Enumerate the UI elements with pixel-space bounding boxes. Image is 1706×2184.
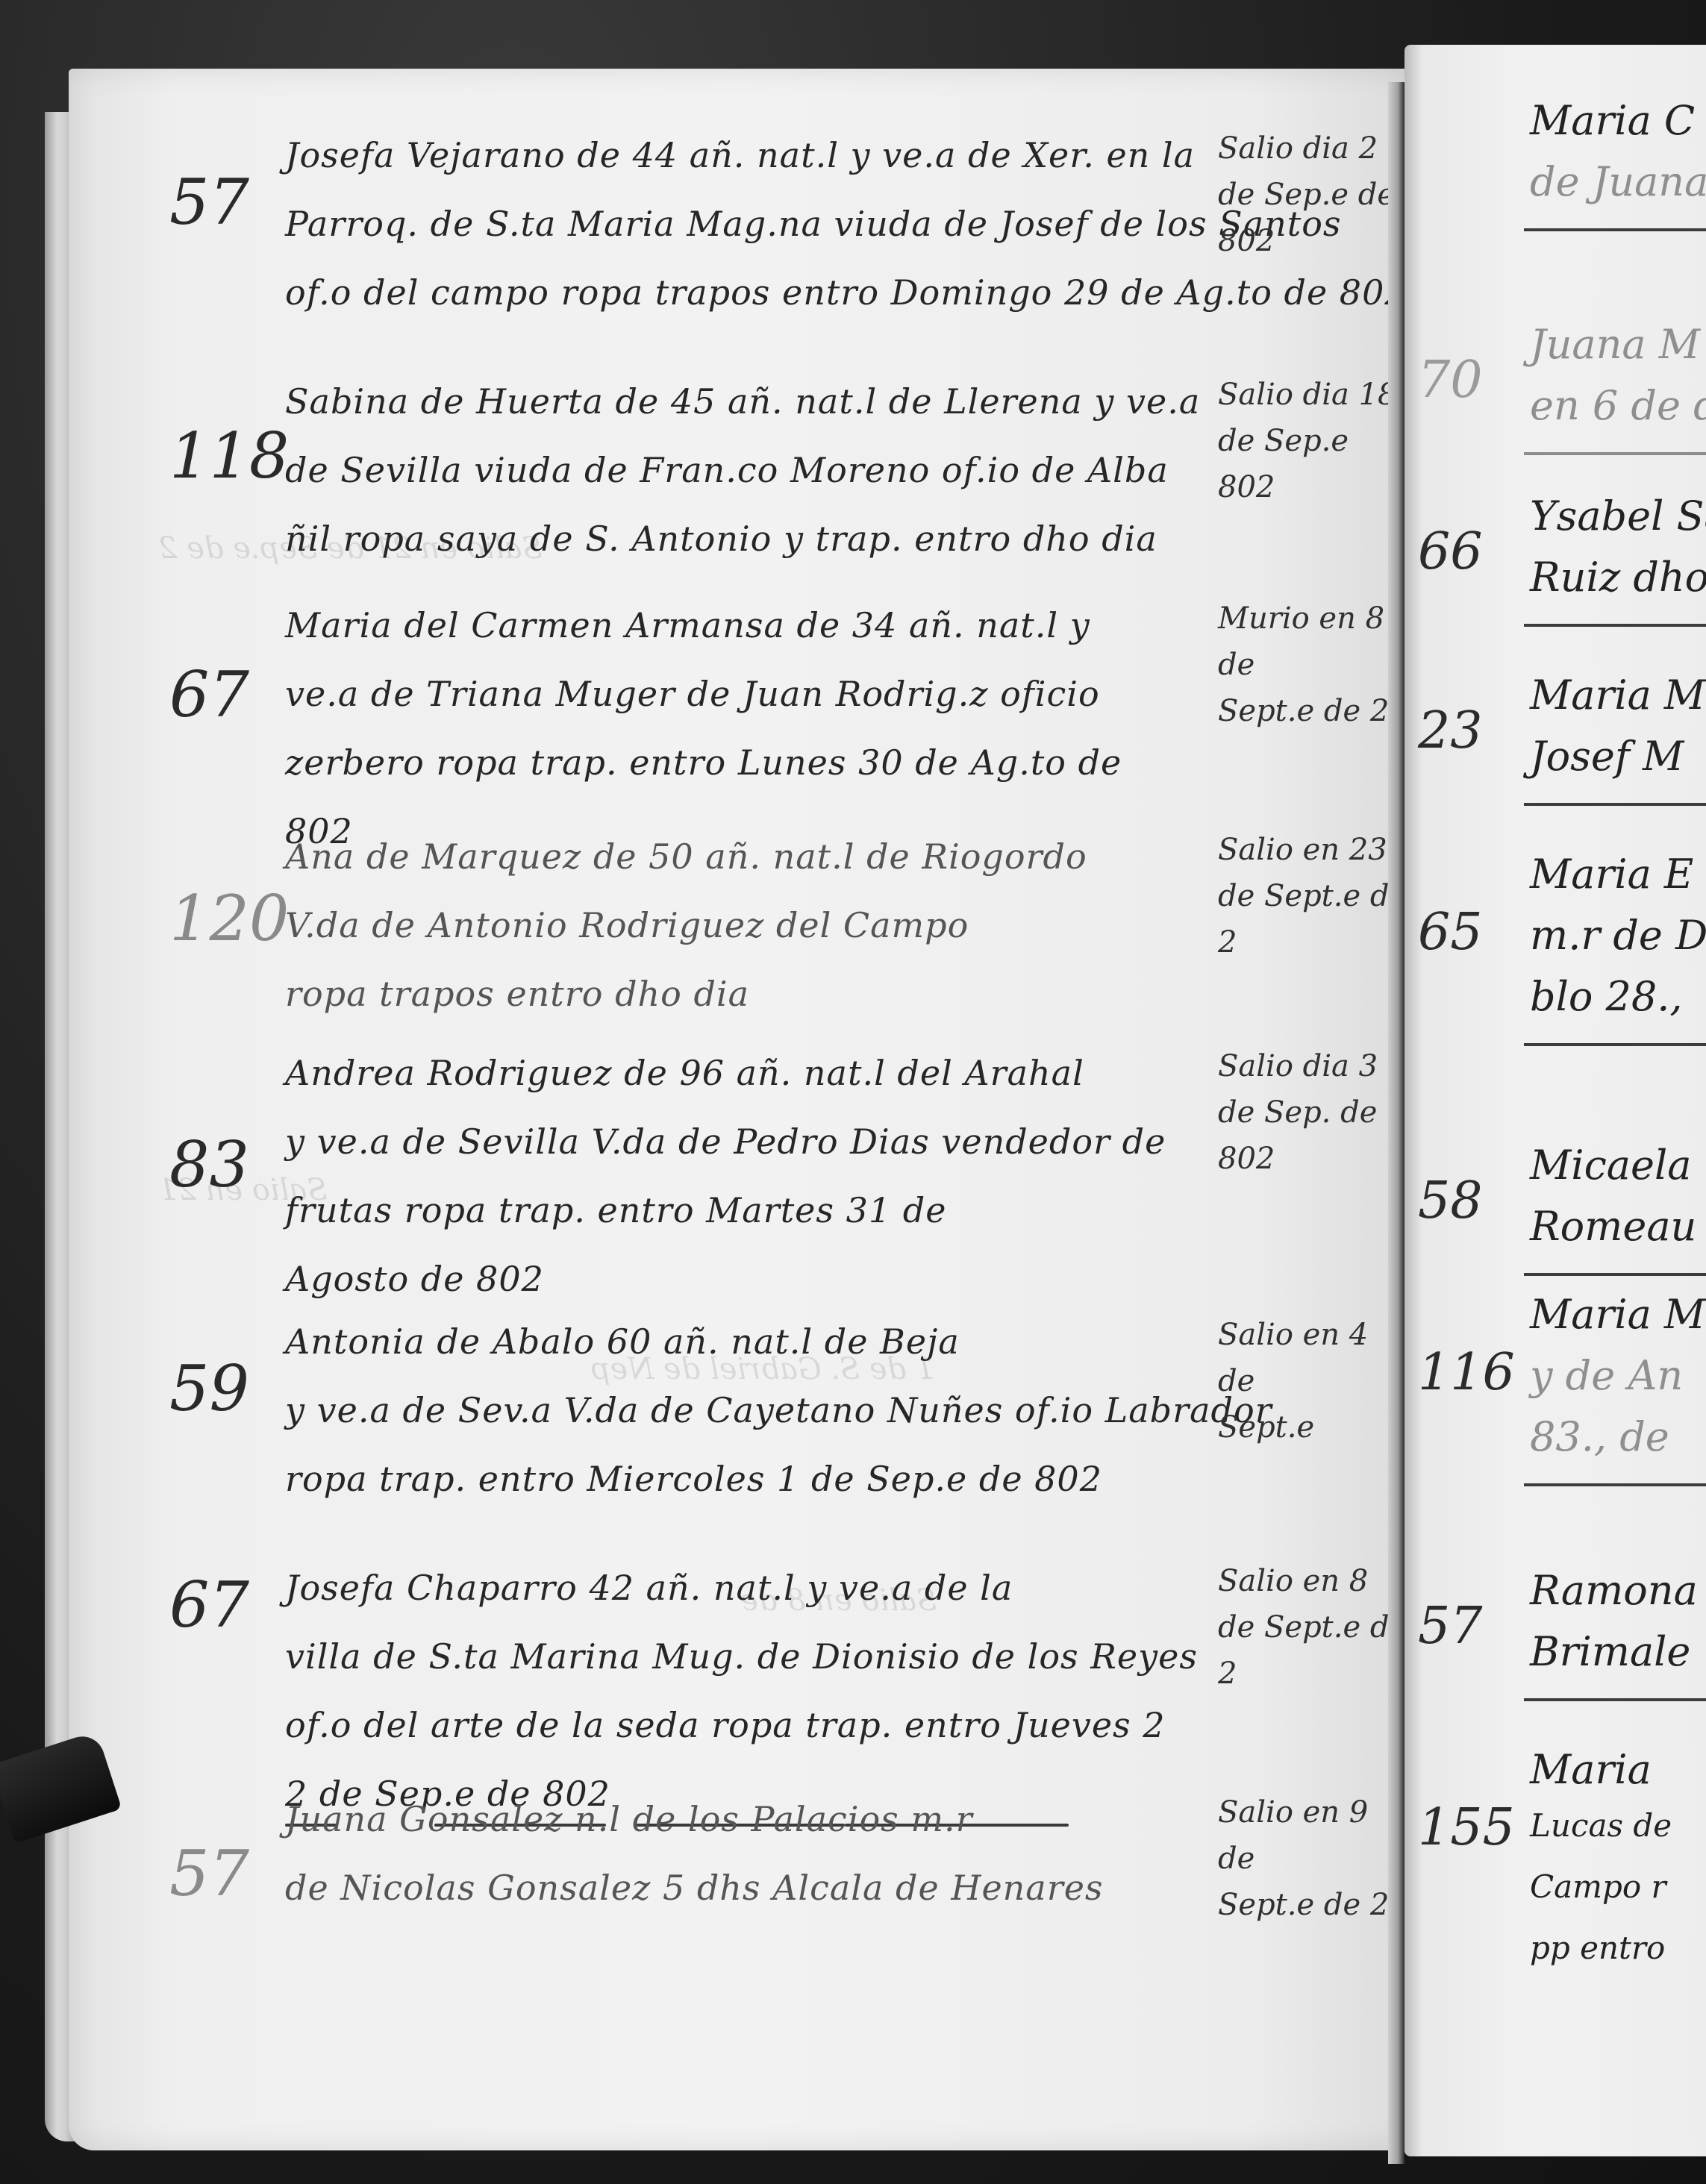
discharge-note-line: de Sep. de 802 — [1218, 1089, 1410, 1182]
divider-line — [1524, 452, 1706, 455]
entry-line: de Juana — [1530, 158, 1706, 205]
entry-line: Antonia de Abalo 60 añ. nat.l de Beja — [285, 1307, 1272, 1376]
discharge-note: Salio en 8de Sept.e de 2 — [1218, 1558, 1410, 1697]
entry-text: Ana de Marquez de 50 añ. nat.l de Riogor… — [285, 822, 1087, 1028]
discharge-note-line: Sept.e — [1218, 1404, 1410, 1451]
discharge-note-line: Murio en 8 de — [1218, 595, 1410, 688]
entry-line: zerbero ropa trap. entro Lunes 30 de Ag.… — [285, 728, 1122, 797]
entry-text: Andrea Rodriguez de 96 añ. nat.l del Ara… — [285, 1039, 1166, 1313]
discharge-note: Salio en 23de Sept.e de 2 — [1218, 827, 1410, 966]
entry-line: Ana de Marquez de 50 añ. nat.l de Riogor… — [285, 822, 1087, 891]
entry-line: y de An — [1530, 1352, 1683, 1399]
divider-line — [1524, 1698, 1706, 1701]
right-page: Maria Cde Juana70Juana Men 6 de dh66Ysab… — [1405, 45, 1706, 2156]
discharge-note-line: de Sept.e de 2 — [1218, 873, 1410, 966]
entry-line: ropa trapos entro dho dia — [285, 960, 1087, 1028]
entry-line: ropa trap. entro Miercoles 1 de Sep.e de… — [285, 1445, 1272, 1513]
discharge-note-line: Salio dia 18 — [1218, 372, 1410, 418]
entry-line: Sabina de Huerta de 45 añ. nat.l de Ller… — [285, 367, 1200, 436]
entry-line: Ysabel Sa — [1530, 492, 1706, 539]
discharge-note-line: Salio en 8 — [1218, 1558, 1410, 1604]
discharge-note: Murio en 8 deSept.e de 2. — [1218, 595, 1410, 734]
entry-line: 83., de — [1530, 1413, 1669, 1460]
entry-line: Ramona — [1530, 1567, 1698, 1614]
entry-line: Brimale — [1530, 1628, 1690, 1675]
entry-line: Ruiz dho — [1530, 554, 1706, 601]
entry-number: 57 — [1418, 1597, 1483, 1656]
entry-line: Maria — [1530, 1746, 1652, 1793]
divider-line — [1524, 624, 1706, 627]
entry-number: 155 — [1418, 1798, 1515, 1857]
discharge-note: Salio en 9 deSept.e de 2 — [1218, 1789, 1410, 1928]
entry-number: 23 — [1418, 701, 1483, 760]
divider-line — [1524, 803, 1706, 806]
discharge-note: Salio dia 18de Sep.e 802 — [1218, 372, 1410, 510]
entry-line: Maria del Carmen Armansa de 34 añ. nat.l… — [285, 591, 1122, 660]
entry-line: pp entro — [1530, 1930, 1665, 1966]
entry-number: 118 — [169, 419, 289, 492]
entry-line: Maria M — [1530, 672, 1705, 719]
entry-line: of.o del campo ropa trapos entro Domingo… — [285, 258, 1407, 327]
discharge-note: Salio dia 3de Sep. de 802 — [1218, 1043, 1410, 1182]
divider-line — [1524, 1043, 1706, 1046]
entry-line: V.da de Antonio Rodriguez del Campo — [285, 891, 1087, 960]
entry-line: of.o del arte de la seda ropa trap. entr… — [285, 1691, 1198, 1759]
discharge-note-line: Sept.e de 2 — [1218, 1882, 1410, 1928]
entry-line: Romeau — [1530, 1203, 1696, 1250]
discharge-note: Salio dia 2de Sep.e de 802 — [1218, 125, 1410, 264]
entry-number: 67 — [169, 1568, 249, 1642]
entry-number: 70 — [1418, 351, 1483, 410]
entry-line: ñil ropa saya de S. Antonio y trap. entr… — [285, 504, 1200, 573]
divider-line — [1524, 1483, 1706, 1486]
entry-line: Maria E — [1530, 851, 1693, 898]
entry-line: de Nicolas Gonsalez 5 dhs Alcala de Hena… — [285, 1853, 1104, 1922]
entry-number: 58 — [1418, 1171, 1483, 1230]
entry-number: 65 — [1418, 903, 1483, 962]
entry-line: y ve.a de Sev.a V.da de Cayetano Nuñes o… — [285, 1376, 1272, 1445]
discharge-note-line: Salio dia 2 — [1218, 125, 1410, 172]
entry-number: 57 — [169, 166, 249, 239]
entry-text: Sabina de Huerta de 45 añ. nat.l de Ller… — [285, 367, 1200, 573]
discharge-note-line: Salio en 23 — [1218, 827, 1410, 873]
entry-line: Agosto de 802 — [285, 1245, 1166, 1313]
entry-line: Maria C — [1530, 97, 1695, 144]
entry-line: de Sevilla viuda de Fran.co Moreno of.io… — [285, 436, 1200, 504]
entry-line: ve.a de Triana Muger de Juan Rodrig.z of… — [285, 660, 1122, 728]
entry-line: Josefa Chaparro 42 añ. nat.l y ve.a de l… — [285, 1553, 1198, 1622]
discharge-note-line: Salio en 4 de — [1218, 1312, 1410, 1404]
entry-text: Antonia de Abalo 60 añ. nat.l de Bejay v… — [285, 1307, 1272, 1513]
discharge-note-line: de Sep.e de 802 — [1218, 172, 1410, 264]
discharge-note-line: de Sept.e de 2 — [1218, 1604, 1410, 1697]
entry-line: Juana M — [1530, 321, 1700, 368]
entry-line: Lucas de — [1530, 1807, 1672, 1844]
entry-number: 59 — [169, 1352, 249, 1425]
entry-line: frutas ropa trap. entro Martes 31 de — [285, 1176, 1166, 1245]
entry-line: y ve.a de Sevilla V.da de Pedro Dias ven… — [285, 1107, 1166, 1176]
entry-line: Campo r — [1530, 1868, 1666, 1905]
entry-number: 66 — [1418, 522, 1483, 581]
entry-line: blo 28., — [1530, 973, 1683, 1020]
entry-text: Juana Gonsalez n.l de los Palacios m.rde… — [285, 1785, 1104, 1922]
discharge-note-line: Salio dia 3 — [1218, 1043, 1410, 1089]
entry-number: 120 — [169, 882, 289, 955]
entry-line: Andrea Rodriguez de 96 añ. nat.l del Ara… — [285, 1039, 1166, 1107]
entry-number: 57 — [169, 1837, 249, 1910]
entry-number: 116 — [1418, 1343, 1515, 1402]
entry-number: 83 — [169, 1128, 249, 1201]
entry-line: Maria M — [1530, 1291, 1705, 1338]
left-page: Salio en 21 de Sep.e de 2 Salio en 21 1 … — [69, 69, 1410, 2150]
divider-line — [1524, 228, 1706, 231]
entry-line: m.r de D — [1530, 912, 1706, 959]
entry-line: Juana Gonsalez n.l de los Palacios m.r — [285, 1785, 1104, 1853]
entry-line: Josef M — [1530, 733, 1684, 780]
discharge-note-line: Sept.e de 2. — [1218, 688, 1410, 734]
entry-number: 67 — [169, 658, 249, 731]
entry-line: en 6 de dh — [1530, 382, 1706, 429]
divider-line — [1524, 1273, 1706, 1276]
entry-line: Micaela — [1530, 1142, 1691, 1189]
discharge-note-line: de Sep.e 802 — [1218, 418, 1410, 510]
book-gutter — [1388, 82, 1405, 2164]
entry-line: villa de S.ta Marina Mug. de Dionisio de… — [285, 1622, 1198, 1691]
discharge-note: Salio en 4 deSept.e — [1218, 1312, 1410, 1451]
discharge-note-line: Salio en 9 de — [1218, 1789, 1410, 1882]
